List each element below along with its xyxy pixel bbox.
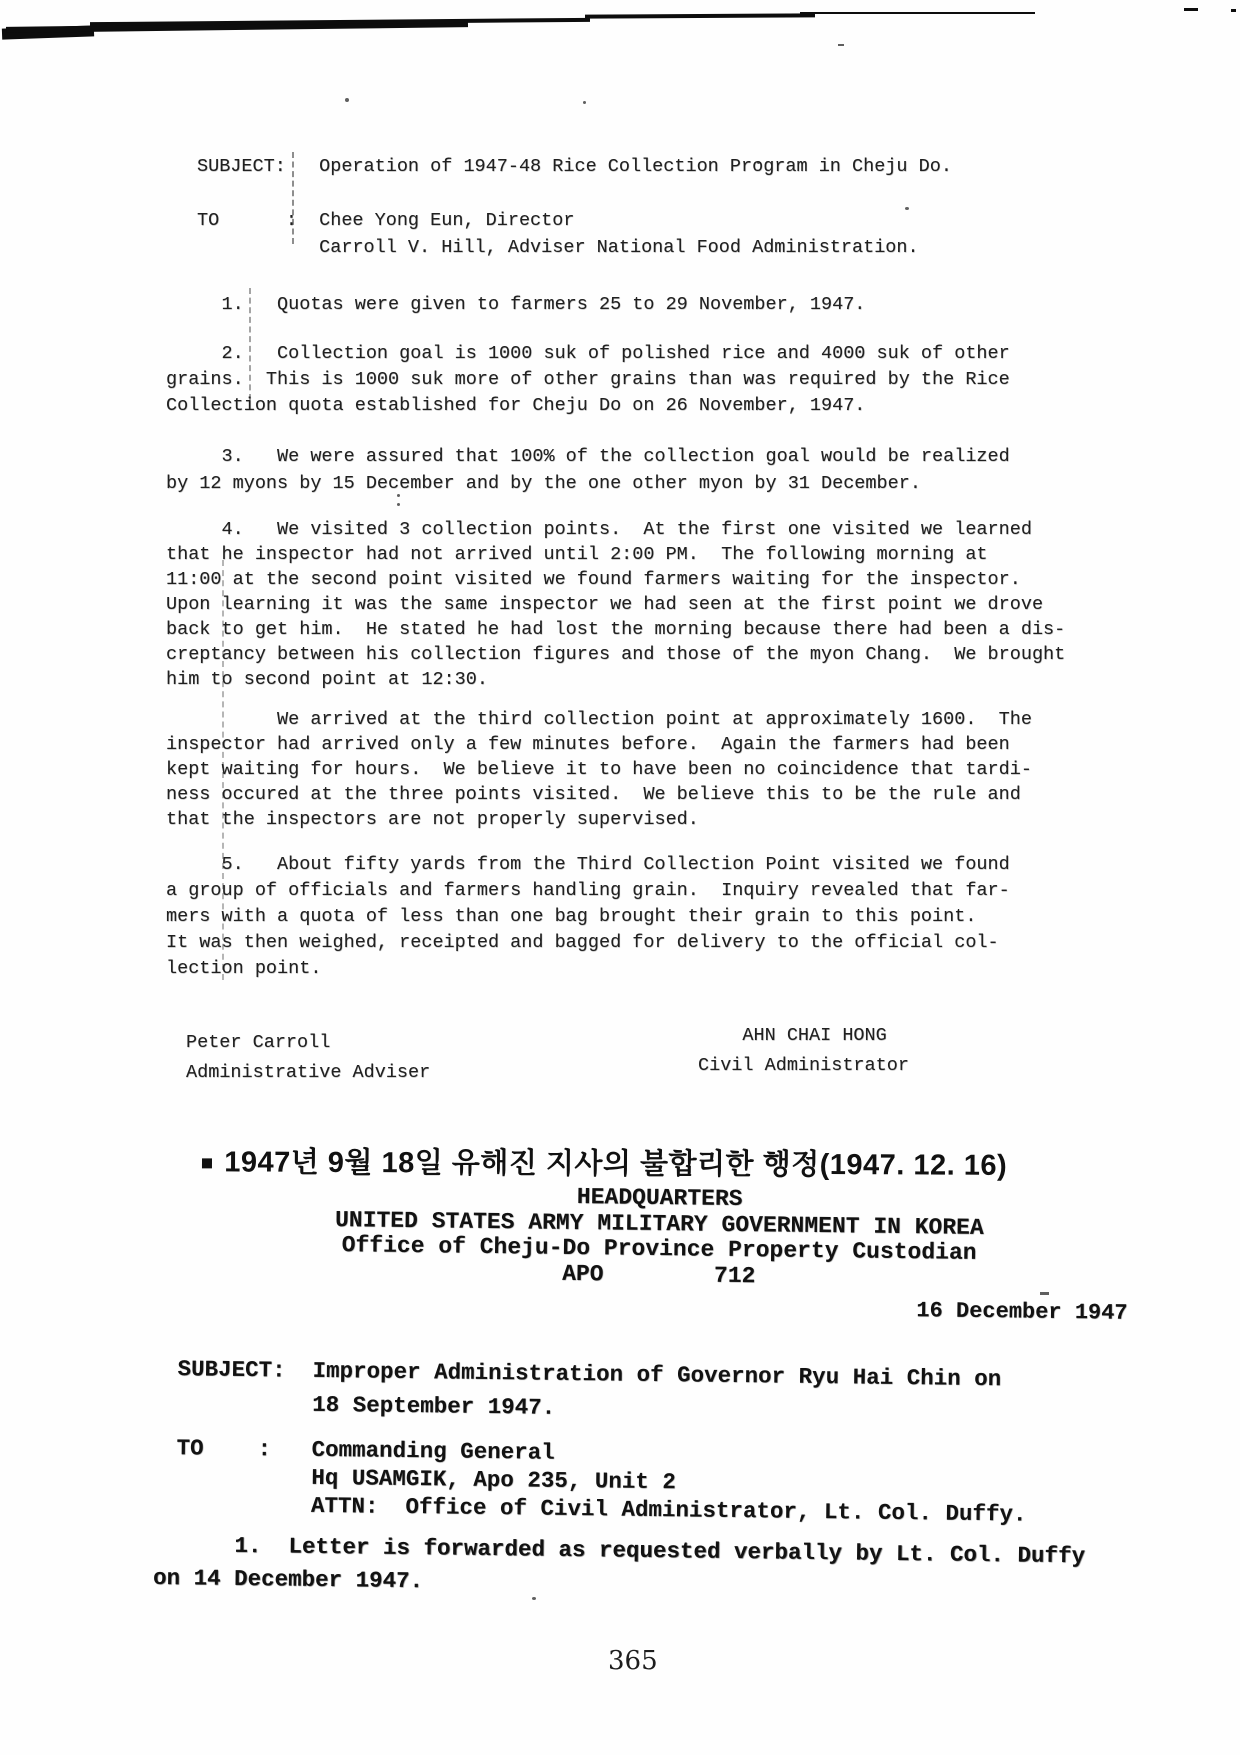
scan-artifact-bar [585, 13, 815, 18]
memo1-paragraph-2: 2. Collection goal is 1000 suk of polish… [166, 341, 1010, 419]
signature-civil-administrator: AHN CHAI HONG Civil Administrator [698, 1021, 909, 1081]
scan-speck [838, 44, 844, 46]
signature-administrative-adviser: Peter Carroll Administrative Adviser [186, 1028, 430, 1088]
memo2-block: HEADQUARTERS UNITED STATES ARMY MILITARY… [0, 1170, 1240, 1705]
scan-artifact-dot [1231, 9, 1236, 12]
memo1-subject-to-block: SUBJECT: Operation of 1947-48 Rice Colle… [197, 153, 952, 261]
memo2-date-line: 16 December 1947 [916, 1297, 1128, 1328]
memo2-subject-block: SUBJECT: Improper Administration of Gove… [177, 1352, 1001, 1430]
page-number: 365 [608, 1646, 658, 1676]
document-page: SUBJECT: Operation of 1947-48 Rice Colle… [0, 0, 1240, 1755]
memo2-headquarters-block: HEADQUARTERS UNITED STATES ARMY MILITARY… [319, 1182, 1000, 1292]
memo1-paragraph-4: 4. We visited 3 collection points. At th… [166, 517, 1065, 692]
memo2-to-block: TO : Commanding General Hq USAMGIK, Apo … [176, 1434, 1028, 1528]
square-bullet-icon [202, 1158, 212, 1168]
memo1-paragraph-third-point: We arrived at the third collection point… [166, 707, 1032, 832]
scan-artifact-hairline [800, 12, 1035, 14]
scan-artifact-dash [1184, 8, 1198, 11]
scan-speck [583, 101, 586, 104]
memo1-paragraph-3: 3. We were assured that 100% of the coll… [166, 443, 1010, 497]
memo1-paragraph-5: 5. About fifty yards from the Third Coll… [166, 852, 1010, 982]
memo2-forwarding-paragraph: 1. Letter is forwarded as requested verb… [153, 1529, 1085, 1606]
scan-speck [345, 98, 349, 102]
scan-speck [397, 503, 400, 506]
memo1-paragraph-1: 1. Quotas were given to farmers 25 to 29… [166, 292, 865, 318]
